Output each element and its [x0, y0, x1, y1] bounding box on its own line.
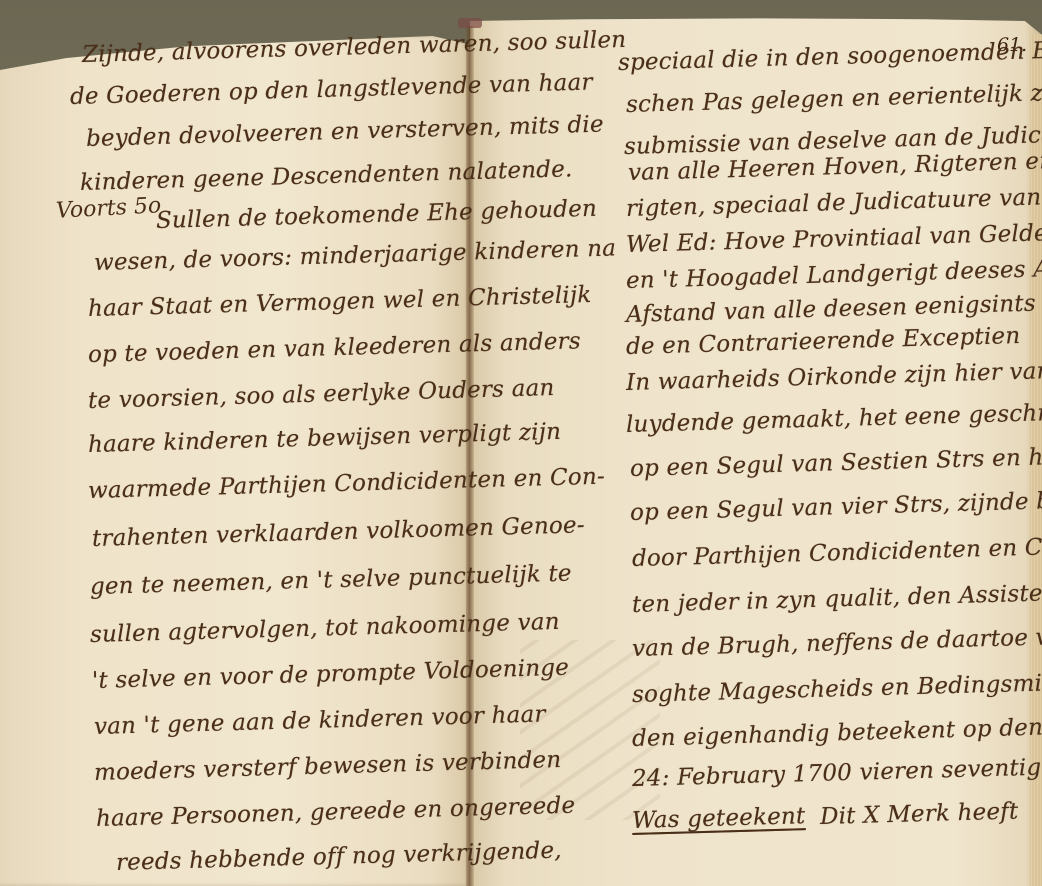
spine-headband — [458, 18, 482, 28]
manuscript-line-signature-label: Was geteekent — [632, 803, 806, 834]
manuscript-line-mark: Dit X Merk heeft — [820, 798, 1019, 830]
